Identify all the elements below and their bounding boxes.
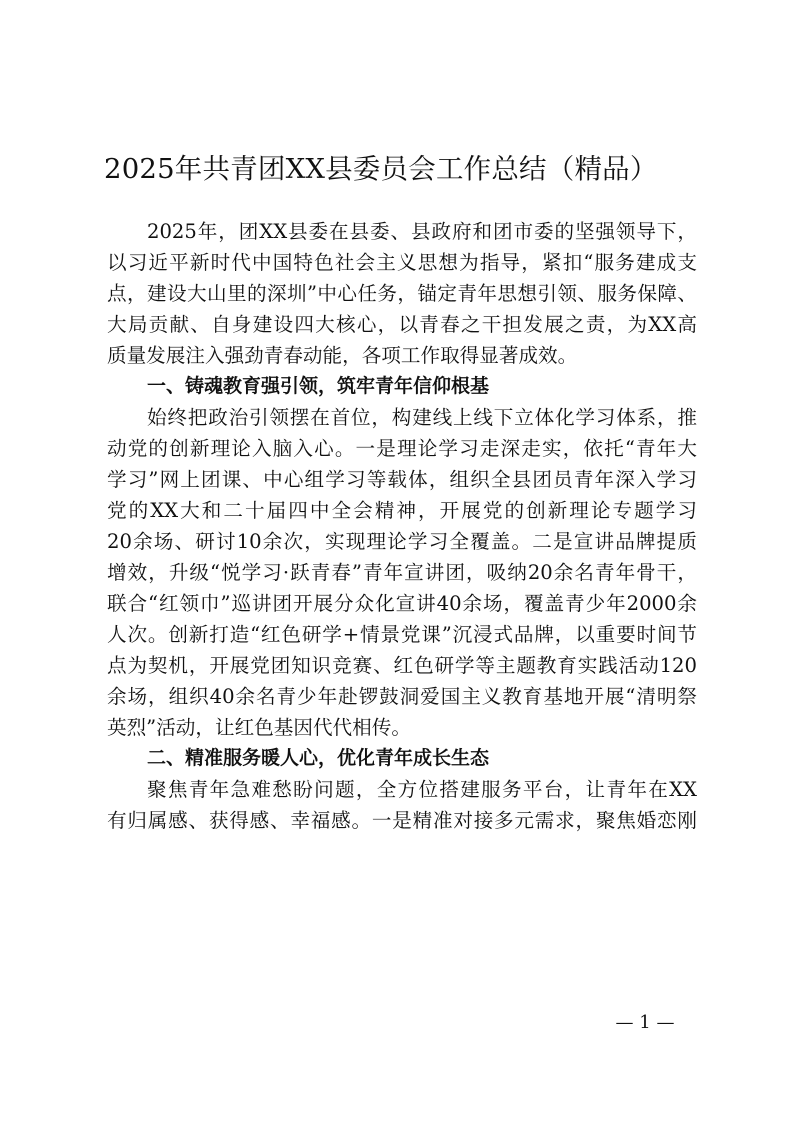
document-page: 2025年共青团XX县委员会工作总结（精品） 2025年，团XX县委在县委、县政… <box>0 0 793 1122</box>
section-heading-2: 二、精准服务暖人心，优化青年成长生态 <box>107 743 697 774</box>
paragraph-line: 联合“红领巾”巡讲团开展分众化宣讲40余场，覆盖青少年2000余 <box>107 588 697 619</box>
paragraph-line: 人次。创新打造“红色研学+情景党课”沉浸式品牌，以重要时间节 <box>107 619 697 650</box>
paragraph-line: 党的XX大和二十届四中全会精神，开展党的创新理论专题学习 <box>107 495 697 526</box>
paragraph-line: 20余场、研讨10余次，实现理论学习全覆盖。二是宣讲品牌提质 <box>107 526 697 557</box>
paragraph-line: 有归属感、获得感、幸福感。一是精准对接多元需求，聚焦婚恋刚 <box>107 805 697 836</box>
paragraph-line: 增效，升级“悦学习·跃青春”青年宣讲团，吸纳20余名青年骨干， <box>107 557 697 588</box>
section-heading-1: 一、铸魂教育强引领，筑牢青年信仰根基 <box>107 371 697 402</box>
document-title: 2025年共青团XX县委员会工作总结（精品） <box>104 151 704 187</box>
paragraph-line: 2025年，团XX县委在县委、县政府和团市委的坚强领导下， <box>107 216 697 247</box>
paragraph-line: 余场，组织40余名青少年赴锣鼓洞爱国主义教育基地开展“清明祭 <box>107 681 697 712</box>
paragraph-line: 大局贡献、自身建设四大核心，以青春之干担发展之责，为XX高 <box>107 309 697 340</box>
paragraph-line: 动党的创新理论入脑入心。一是理论学习走深走实，依托“青年大 <box>107 433 697 464</box>
document-body: 2025年，团XX县委在县委、县政府和团市委的坚强领导下， 以习近平新时代中国特… <box>107 216 697 836</box>
paragraph-line: 以习近平新时代中国特色社会主义思想为指导，紧扣“服务建成支 <box>107 247 697 278</box>
paragraph-line: 质量发展注入强劲青春动能，各项工作取得显著成效。 <box>107 340 697 371</box>
paragraph-line: 英烈”活动，让红色基因代代相传。 <box>107 712 697 743</box>
paragraph-line: 聚焦青年急难愁盼问题，全方位搭建服务平台，让青年在XX <box>107 774 697 805</box>
page-number: — 1 — <box>600 1010 690 1036</box>
paragraph-line: 学习”网上团课、中心组学习等载体，组织全县团员青年深入学习 <box>107 464 697 495</box>
paragraph-line: 点，建设大山里的深圳”中心任务，锚定青年思想引领、服务保障、 <box>107 278 697 309</box>
paragraph-line: 点为契机，开展党团知识竞赛、红色研学等主题教育实践活动120 <box>107 650 697 681</box>
paragraph-line: 始终把政治引领摆在首位，构建线上线下立体化学习体系，推 <box>107 402 697 433</box>
